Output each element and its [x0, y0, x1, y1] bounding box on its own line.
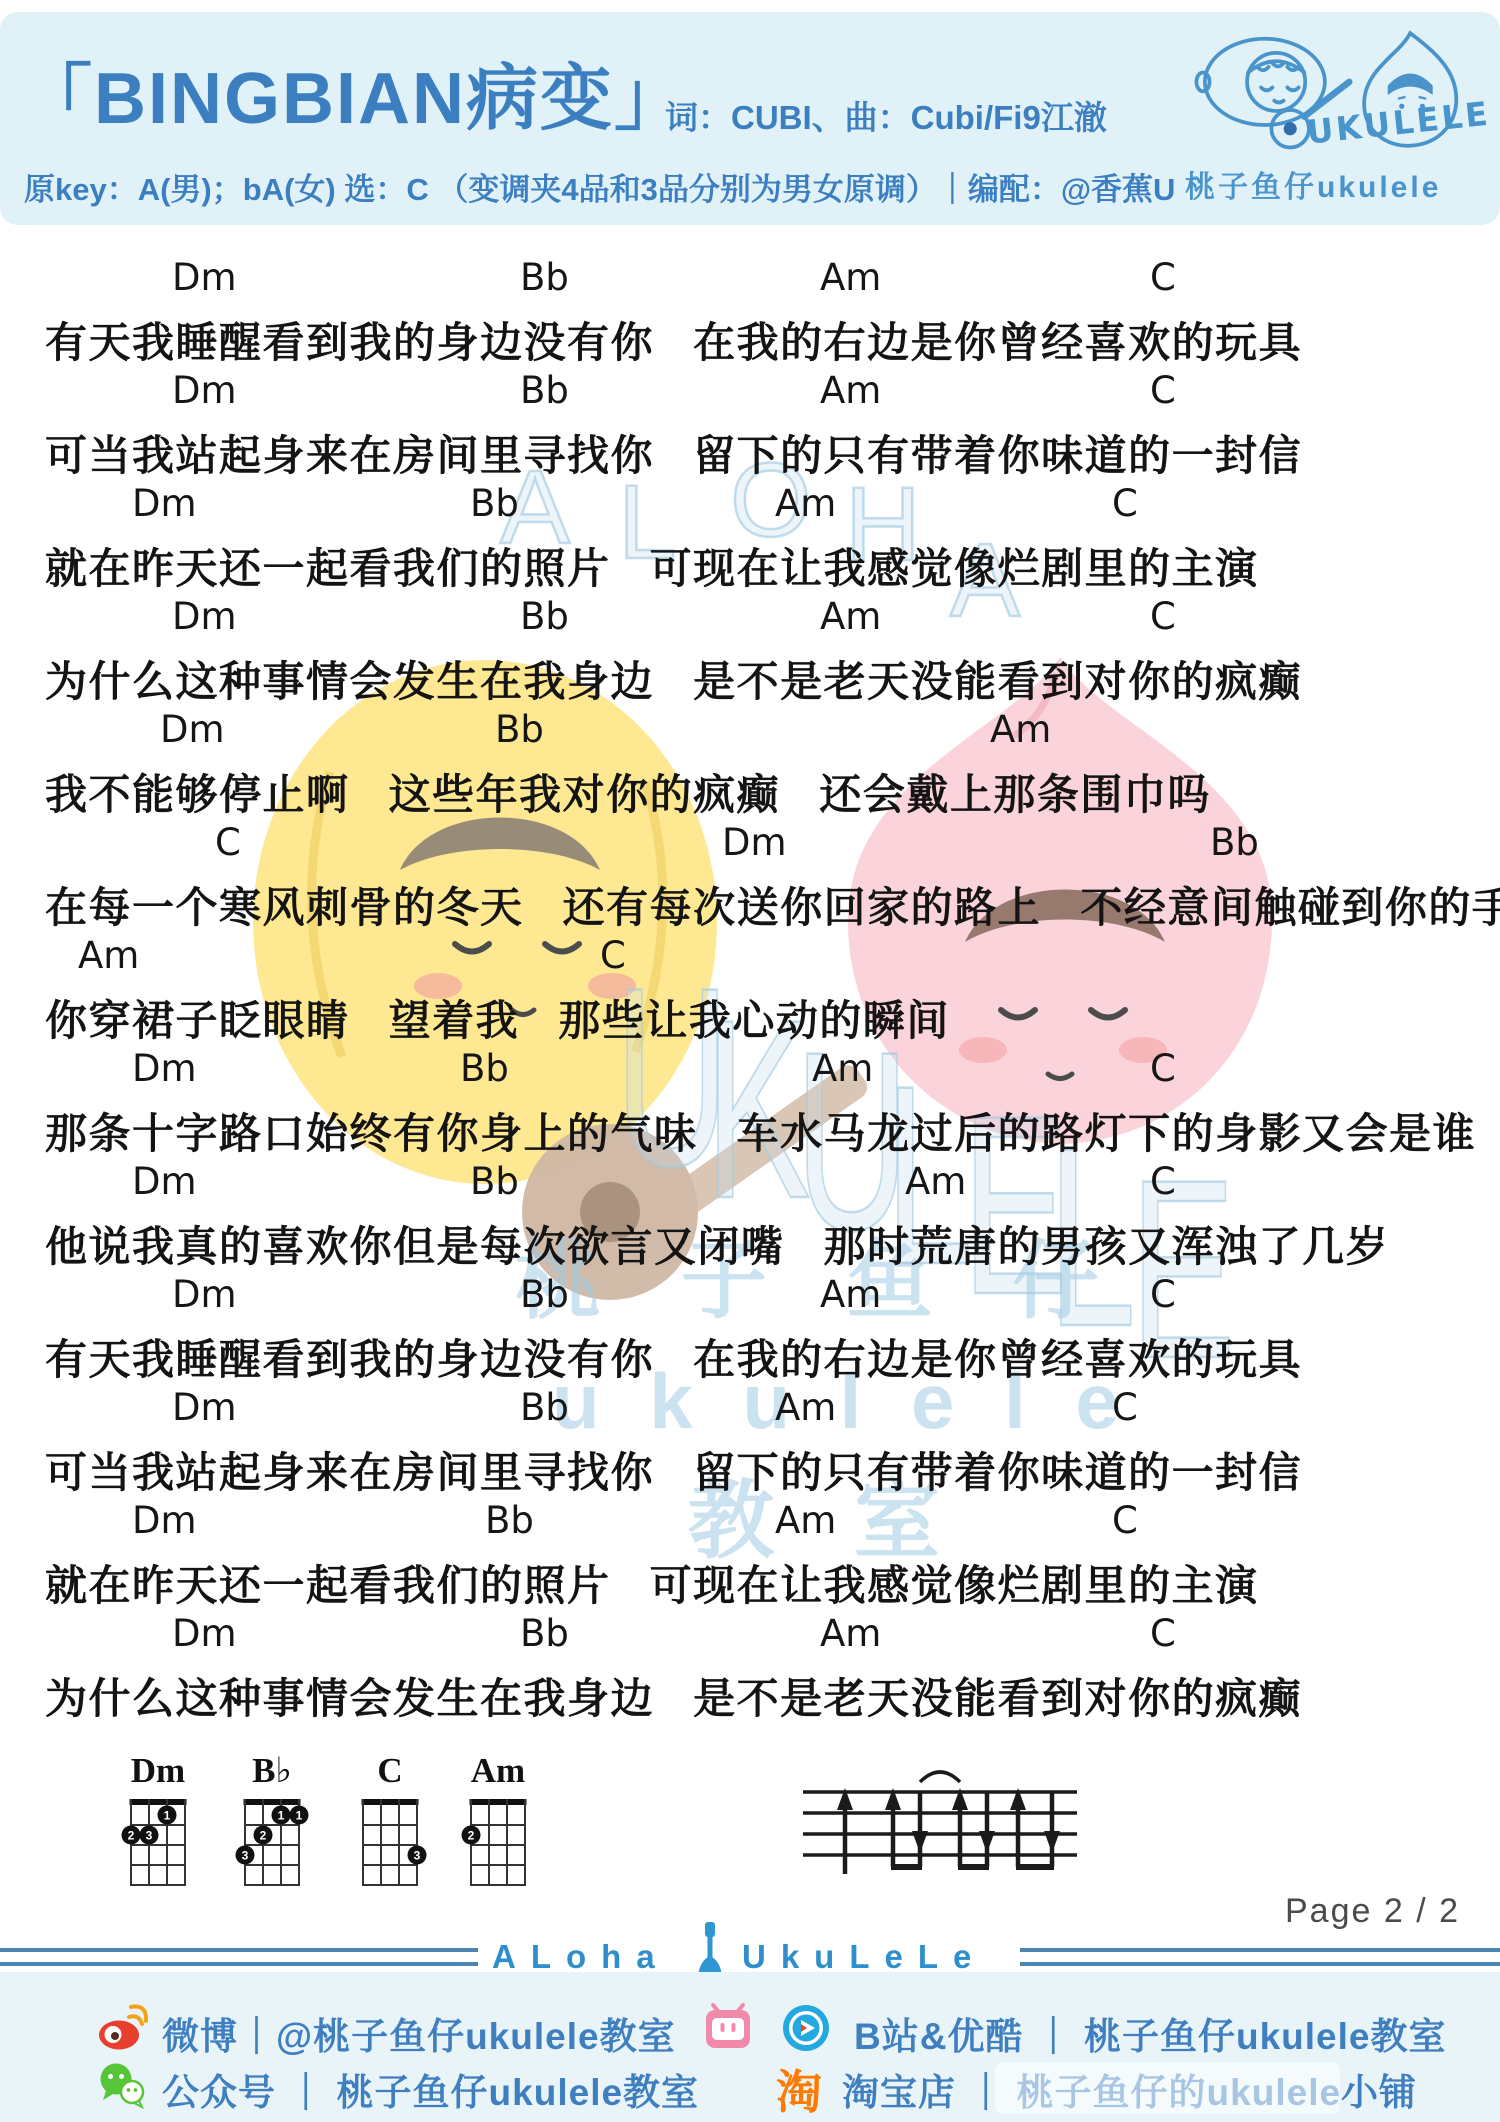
divider-line: [1020, 1948, 1500, 1952]
chord-diagram-title: Am: [452, 1752, 544, 1791]
strumming-pattern-diagram: [795, 1760, 1085, 1885]
svg-text:3: 3: [242, 1848, 249, 1862]
chord-diagram-title: B♭: [226, 1752, 318, 1791]
chord-diagram-Am: Am2: [452, 1752, 544, 1895]
weibo-icon: [96, 2002, 148, 2054]
svg-text:2: 2: [468, 1828, 475, 1842]
footer-weibo-label: 微博｜@桃子鱼仔ukulele教室: [162, 2006, 676, 2060]
chord-grid-icon: 2: [452, 1791, 544, 1895]
chord-legend: Dm123B♭1123C3Am2: [0, 0, 1500, 2122]
svg-text:1: 1: [164, 1808, 171, 1822]
chord-sheet-page: 「BINGBIAN病变」 词：CUBI、曲：Cubi/Fi9江澈 原key：A(…: [0, 0, 1500, 2122]
chord-grid-icon: 3: [344, 1791, 436, 1895]
divider-line: [1020, 1962, 1500, 1966]
wechat-icon: [96, 2058, 148, 2110]
taobao-icon: 淘: [776, 2056, 822, 2122]
svg-text:3: 3: [414, 1848, 421, 1862]
footer-wechat-label: 公众号 ｜ 桃子鱼仔ukulele教室: [162, 2062, 699, 2116]
bilibili-icon: [702, 2002, 754, 2054]
chord-grid-icon: 1123: [226, 1791, 318, 1895]
svg-text:2: 2: [128, 1828, 135, 1842]
svg-text:3: 3: [146, 1828, 153, 1842]
divider-brand-left: ALoha: [492, 1938, 670, 1976]
divider-brand-right: UkuLeLe: [742, 1938, 986, 1976]
svg-text:2: 2: [260, 1828, 267, 1842]
youku-icon: [780, 2002, 832, 2054]
chord-diagram-C: C3: [344, 1752, 436, 1895]
chord-diagram-B♭: B♭1123: [226, 1752, 318, 1895]
chord-diagram-Dm: Dm123: [112, 1752, 204, 1895]
chord-diagram-title: Dm: [112, 1752, 204, 1791]
chord-grid-icon: 123: [112, 1791, 204, 1895]
chord-diagram-title: C: [344, 1752, 436, 1791]
faded-watermark-overlay: [995, 2062, 1340, 2114]
svg-text:1: 1: [278, 1808, 285, 1822]
page-number: Page 2 / 2: [1160, 1892, 1460, 1931]
divider-line: [0, 1962, 478, 1966]
svg-text:1: 1: [296, 1808, 303, 1822]
divider-line: [0, 1948, 478, 1952]
footer-video-label: B站&优酷 ｜ 桃子鱼仔ukulele教室: [854, 2006, 1447, 2060]
